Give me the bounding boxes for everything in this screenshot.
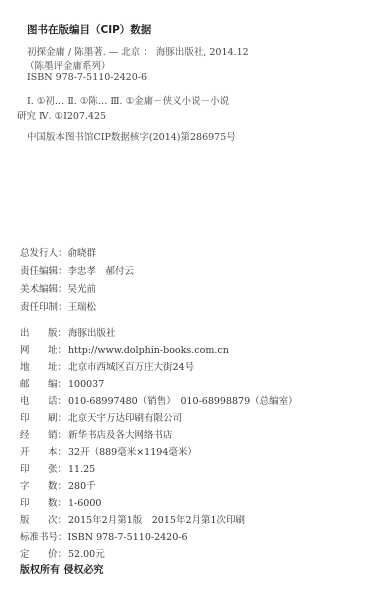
cip-classification-line: Ⅰ. ①初… Ⅱ. ①陈… Ⅲ. ①金庸－侠义小说－小说	[27, 93, 229, 107]
pub-label-2: 价：	[48, 549, 67, 560]
staff-label: 责任印制：	[20, 302, 68, 313]
pub-label-1: 地	[20, 359, 48, 373]
pub-row-format: 开本：32开（889毫米×1194毫米）	[20, 444, 197, 458]
pub-value: 北京天宇万达印刷有限公司	[68, 413, 182, 424]
pub-label-2: 版：	[48, 328, 67, 339]
pub-value: 100037	[68, 379, 104, 390]
pub-row-postcode: 邮编：100037	[20, 376, 104, 390]
pub-label-2: 编：	[48, 379, 67, 390]
copyright-notice: 版权所有 侵权必究	[20, 561, 103, 576]
cip-verification-number: 中国版本图书馆CIP数据核字(2014)第286975号	[27, 129, 236, 143]
pub-label-1: 字	[20, 478, 48, 492]
pub-value: 海豚出版社	[68, 328, 116, 339]
pub-row-word-count: 字数：280千	[20, 478, 96, 492]
pub-label-1: 网	[20, 342, 48, 356]
cip-classification-line-cont: 研究 Ⅳ. ①I207.425	[17, 108, 106, 122]
pub-row-publisher: 出版：海豚出版社	[20, 325, 116, 339]
pub-value: 新华书店及各大网络书店	[68, 430, 173, 441]
pub-label-2: 数：	[48, 498, 67, 509]
pub-label-1: 标准书号：	[20, 529, 68, 543]
pub-label-1: 印	[20, 495, 48, 509]
pub-label-2: 址：	[48, 345, 67, 356]
pub-label-2: 刷：	[48, 413, 67, 424]
staff-row-publisher-general: 总发行人：俞晓群	[20, 245, 96, 259]
pub-label-1: 版	[20, 512, 48, 526]
pub-label-2: 本：	[48, 447, 67, 458]
staff-value: 王瑞松	[68, 302, 97, 313]
cip-series-line: （陈墨评金庸系列）	[25, 58, 111, 72]
staff-row-editor: 责任编辑：李忠孝 郝付云	[20, 263, 134, 277]
pub-row-address: 地址：北京市西城区百万庄大街24号	[20, 359, 194, 373]
staff-value: 俞晓群	[68, 248, 97, 259]
pub-label-1: 出	[20, 325, 48, 339]
staff-label: 责任编辑：	[20, 266, 68, 277]
pub-label-1: 定	[20, 546, 48, 560]
pub-row-price: 定价：52.00元	[20, 546, 105, 560]
pub-value: ISBN 978-7-5110-2420-6	[68, 532, 188, 543]
pub-label-2: 址：	[48, 362, 67, 373]
pub-value: 1-6000	[68, 498, 101, 509]
pub-row-website: 网址：http://www.dolphin-books.com.cn	[20, 342, 229, 356]
pub-row-phone: 电话：010-68997480（销售） 010-68998879（总编室）	[20, 393, 298, 407]
pub-value: 11.25	[68, 464, 95, 475]
pub-label-1: 邮	[20, 376, 48, 390]
pub-label-2: 张：	[48, 464, 67, 475]
pub-row-edition: 版次：2015年2月第1版 2015年2月第1次印刷	[20, 512, 245, 526]
pub-row-distributor: 经销：新华书店及各大网络书店	[20, 427, 173, 441]
pub-row-print-sheets: 印张：11.25	[20, 461, 95, 475]
pub-label-1: 印	[20, 461, 48, 475]
pub-label-1: 印	[20, 410, 48, 424]
pub-value: 北京市西城区百万庄大街24号	[68, 362, 194, 373]
pub-row-printer: 印刷：北京天宇万达印刷有限公司	[20, 410, 182, 424]
cip-title: 图书在版编目（CIP）数据	[27, 22, 151, 37]
staff-label: 总发行人：	[20, 248, 68, 259]
pub-label-2: 数：	[48, 481, 67, 492]
pub-label-1: 经	[20, 427, 48, 441]
staff-row-print-manager: 责任印制：王瑞松	[20, 299, 96, 313]
staff-row-art-editor: 美术编辑：吴光前	[20, 281, 96, 295]
pub-label-2: 话：	[48, 396, 67, 407]
cip-bibliographic-line: 初探金庸 / 陈墨著. — 北京 ： 海豚出版社, 2014.12	[27, 44, 249, 58]
pub-value: 280千	[68, 481, 96, 492]
staff-label: 美术编辑：	[20, 284, 68, 295]
pub-label-1: 开	[20, 444, 48, 458]
pub-label-2: 销：	[48, 430, 67, 441]
website-link: http://www.dolphin-books.com.cn	[68, 345, 229, 356]
pub-row-isbn: 标准书号：ISBN 978-7-5110-2420-6	[20, 529, 188, 543]
pub-value: 32开（889毫米×1194毫米）	[68, 447, 197, 458]
staff-value: 吴光前	[68, 284, 97, 295]
cip-isbn-line: ISBN 978-7-5110-2420-6	[27, 72, 147, 83]
pub-label-2: 次：	[48, 515, 67, 526]
pub-value: 2015年2月第1版 2015年2月第1次印刷	[68, 515, 245, 526]
pub-value: 52.00元	[68, 549, 105, 560]
pub-value: 010-68997480（销售） 010-68998879（总编室）	[68, 396, 298, 407]
pub-row-print-run: 印数：1-6000	[20, 495, 101, 509]
pub-label-1: 电	[20, 393, 48, 407]
staff-value: 李忠孝 郝付云	[68, 266, 135, 277]
